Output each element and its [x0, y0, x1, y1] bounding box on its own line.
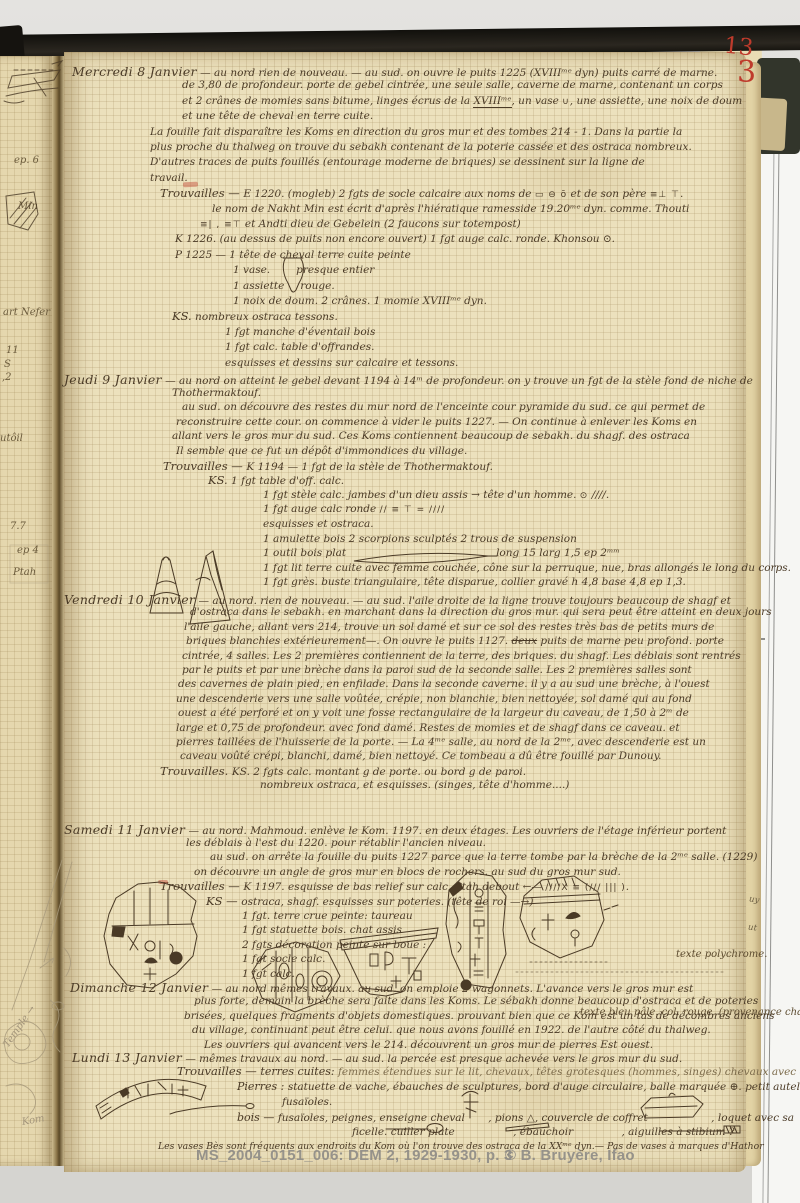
journal-line: 1 vase.presque entier [233, 264, 374, 277]
journal-line: Lundi 13 Janvier — mêmes travaux au nord… [72, 1050, 682, 1066]
journal-line: Vendredi 10 Janvier — au nord. rien de n… [64, 592, 731, 608]
journal-line: Dimanche 12 Janvier — au nord mêmes trav… [70, 980, 693, 996]
binding-gutter [52, 56, 64, 1166]
page-edge-fragment: ut [747, 923, 757, 933]
journal-line: 1 amulette bois 2 scorpions sculptés 2 t… [263, 533, 577, 546]
journal-line: KS — ostraca, shagf. esquisses sur poter… [206, 895, 533, 909]
facing-page-fragment: 11 [6, 346, 19, 356]
journal-line: Jeudi 9 Janvier — au nord on atteint le … [64, 372, 753, 388]
journal-line: ficelle. cuiller plate , ébauchoir , aig… [352, 1126, 800, 1139]
journal-line: 1 fgt statuette bois. chat assis [242, 924, 402, 937]
journal-line: Trouvailles — K 1194 — 1 fgt de la stèle… [163, 460, 493, 474]
journal-line: 1 outil bois platlong 15 larg 1,5 ep 2ᵐᵐ [263, 547, 620, 560]
journal-line: 1 fgt stèle calc. jambes d'un dieu assis… [263, 489, 609, 502]
facing-page-fragment: utôil [0, 434, 23, 444]
journal-line: au sud. on arrête la fouille du puits 12… [210, 851, 757, 864]
journal-line: caveau voûté crépi, blanchi, damé, bien … [180, 750, 662, 763]
journal-line: 1 fgt. terre crue peinte: taureau [242, 910, 413, 923]
journal-line: fusaïoles. [282, 1096, 332, 1109]
scanned-notebook-page: ep. 6Minart Nefer //11S,2utôil7.7ep 4Pta… [0, 0, 800, 1203]
journal-line: 1 fgt calc. table d'offrandes. [225, 341, 374, 354]
journal-line: on découvre un angle de gros mur en bloc… [194, 866, 621, 879]
mount-edge-line [762, 138, 779, 1203]
facing-page-fragment: Ptah [13, 568, 36, 578]
page-number: 3 [737, 58, 756, 88]
journal-line: l'aile gauche, allant vers 214, trouve u… [184, 621, 714, 634]
journal-line: 1 fgt manche d'éventail bois [225, 326, 375, 339]
journal-line: nombreux ostraca, et esquisses. (singes,… [260, 779, 569, 792]
facing-page-fragment: ep 4 [17, 546, 39, 556]
copyright-caption: © B. Bruyère, Ifao [505, 1148, 635, 1163]
journal-line: esquisses et dessins sur calcaire et tes… [225, 357, 458, 370]
facing-page-fragment: S [4, 360, 11, 370]
journal-line: briques blanchies extérieurement—. On ou… [186, 635, 724, 648]
archive-caption: MS_2004_0151_006: DEM 2, 1929-1930, p. 3 [196, 1148, 513, 1163]
journal-line: Trouvailles — terres cuites: femmes éten… [177, 1065, 800, 1079]
journal-line: cintrée, 4 salles. Les 2 premières conti… [182, 650, 741, 663]
journal-line: 1 noix de doum. 2 crânes. 1 momie XVIIIᵐ… [233, 295, 487, 308]
journal-line: K 1226. (au dessus de puits non encore o… [175, 233, 615, 246]
facing-page-fragment: 7.7 [10, 522, 26, 532]
journal-line: KS. nombreux ostraca tessons. [172, 310, 338, 324]
journal-line: ouest a été perforé et on y voit une fos… [178, 707, 689, 720]
journal-line: d'ostraca dans le sebakh. en marchant da… [190, 606, 772, 619]
red-mark [183, 182, 198, 188]
journal-line: du village, continuant peut être celui. … [192, 1024, 711, 1037]
facing-page-fragment: ep. 6 [14, 156, 39, 166]
journal-line: large et 0,75 de profondeur. avec fond d… [176, 722, 680, 735]
journal-line: et 2 crânes de momies sans bitume, linge… [182, 95, 742, 108]
facing-page-fragment: Min [18, 202, 38, 212]
journal-line: 2 fgts décoration peinte sur boue : [242, 939, 426, 952]
journal-line: plus proche du thalweg on trouve du seba… [150, 141, 692, 154]
journal-line: Samedi 11 Janvier — au nord. Mahmoud. en… [64, 822, 726, 838]
journal-line: bois — fusaïoles, peignes, enseigne chev… [237, 1111, 794, 1125]
journal-line: KS. 1 fgt table d'off. calc. [208, 474, 344, 488]
journal-line: le nom de Nakht Min est écrit d'après l'… [212, 203, 689, 216]
journal-line: 1 fgt calc. [242, 968, 295, 981]
facing-page-fragment: Temple → [2, 1004, 38, 1049]
journal-line: par le puits et par une brèche dans la p… [182, 664, 692, 677]
journal-line: une descenderie vers une salle voûtée, c… [176, 693, 692, 706]
journal-line: et une tête de cheval en terre cuite. [182, 110, 373, 123]
journal-line: Trouvailles. KS. 2 fgts calc. montant g … [160, 765, 526, 779]
page-edge-fragment: uy [748, 895, 760, 905]
journal-line: Il semble que ce fut un dépôt d'immondic… [176, 445, 467, 458]
journal-line: plus forte, demain la brèche sera faite … [194, 995, 758, 1008]
facing-page-fragment: Kom [21, 1114, 45, 1128]
journal-line: 1 fgt lit terre cuite avec femme couchée… [263, 562, 791, 575]
journal-line: 1 fgt socle calc. [242, 953, 325, 966]
journal-line: Pierres : statuette de vache, ébauches d… [237, 1080, 800, 1094]
facing-page-fragment: ,2 [2, 373, 12, 383]
journal-line: esquisses et ostraca. [263, 518, 374, 531]
journal-entries: Mercredi 8 Janvier — au nord rien de nou… [64, 0, 746, 1203]
journal-line: La fouille fait disparaître les Koms en … [150, 126, 682, 139]
journal-line: de 3,80 de profondeur. porte de gebel ci… [182, 79, 723, 92]
red-mark [158, 880, 168, 884]
journal-line: pierres taillées de l'huisserie de la po… [176, 736, 706, 749]
journal-line: D'autres traces de puits fouillés (entou… [150, 156, 645, 169]
journal-line: Trouvailles — E 1220. (mogleb) 2 fgts de… [160, 187, 683, 201]
journal-line: reconstruire cette cour. on commence à v… [176, 416, 697, 429]
facing-page-strip: ep. 6Minart Nefer //11S,2utôil7.7ep 4Pta… [0, 56, 52, 1166]
journal-line: les déblais à l'est du 1220. pour rétabl… [186, 837, 486, 850]
journal-line: brisées, quelques fragments d'objets dom… [184, 1010, 775, 1023]
journal-line: ≡| , ≡⊤ et Andti dieu de Gebelein (2 fau… [200, 218, 521, 231]
journal-line: 1 fgt auge calc ronde // ≡ ⊤ = //// [263, 503, 445, 516]
journal-line: allant vers le gros mur du sud. Ces Koms… [172, 430, 690, 443]
journal-line: P 1225 — 1 tête de cheval terre cuite pe… [175, 249, 411, 262]
journal-line: Thothermaktouf. [172, 387, 261, 400]
journal-line: 1 assietterouge. [233, 280, 335, 293]
journal-line: Trouvailles — K 1197. esquisse de bas re… [160, 880, 629, 894]
journal-line: 1 fgt grès. buste triangulaire, tête dis… [263, 576, 686, 589]
journal-line: des cavernes de plain pied, en enfilade.… [178, 678, 710, 691]
journal-line: Mercredi 8 Janvier — au nord rien de nou… [72, 64, 717, 80]
journal-line: au sud. on découvre des restes du mur no… [182, 401, 705, 414]
